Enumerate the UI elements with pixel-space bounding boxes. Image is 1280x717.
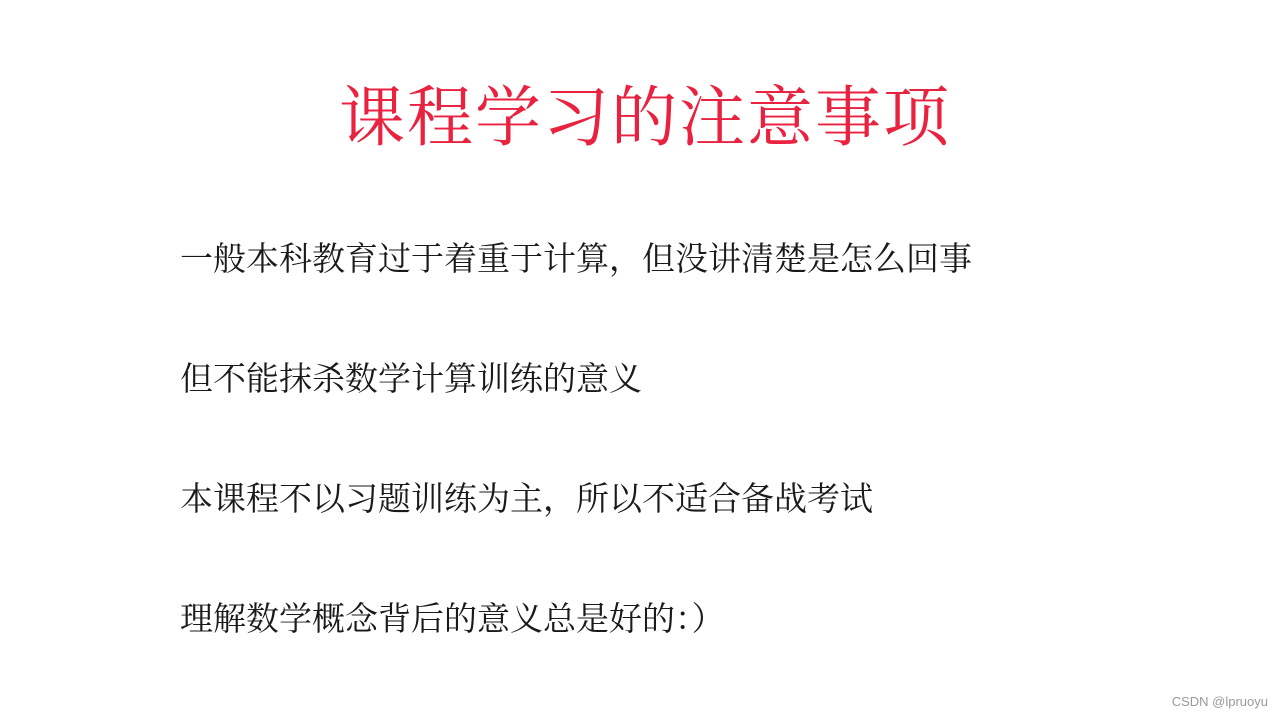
bullet-point-4: 理解数学概念背后的意义总是好的：） [180, 599, 725, 639]
bullet-point-3: 本课程不以习题训练为主，所以不适合备战考试 [180, 479, 873, 519]
slide: 课程学习的注意事项 一般本科教育过于着重于计算，但没讲清楚是怎么回事 但不能抹杀… [0, 0, 1280, 717]
bullet-point-1: 一般本科教育过于着重于计算，但没讲清楚是怎么回事 [180, 239, 972, 279]
bullet-point-2: 但不能抹杀数学计算训练的意义 [180, 359, 642, 399]
watermark: CSDN @lpruoyu [1172, 694, 1268, 709]
slide-title: 课程学习的注意事项 [0, 78, 1280, 158]
